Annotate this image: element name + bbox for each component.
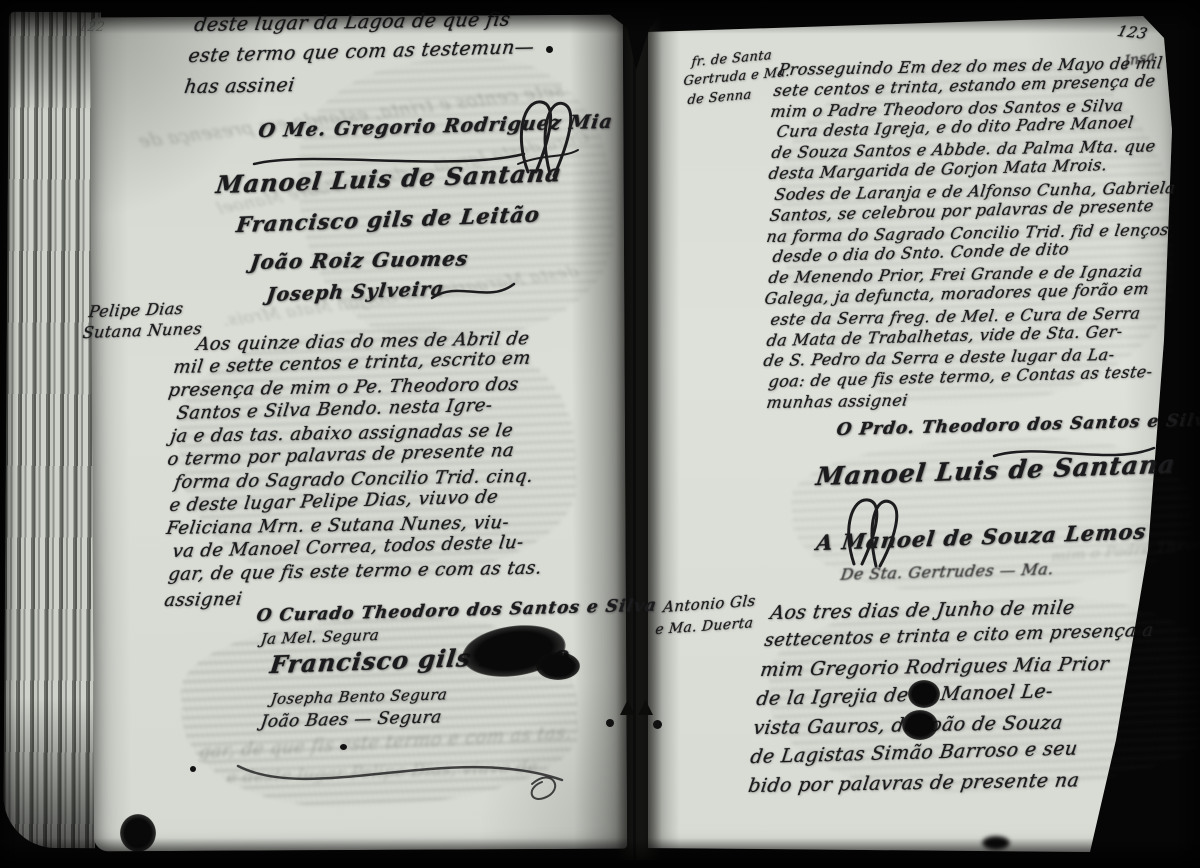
manuscript-line: munhas assignei: [765, 391, 909, 413]
manuscript-line: has assinei: [183, 74, 296, 98]
ink-blot: [908, 680, 940, 708]
ink-speck: [606, 719, 614, 727]
ink-speck: [340, 744, 347, 750]
ink-blot: [902, 710, 938, 740]
flourish-underline: [250, 146, 530, 172]
folio-number: 123: [1115, 22, 1149, 43]
flourish-underline: [990, 440, 1160, 466]
ink-speck: [190, 766, 196, 772]
book-gutter: [616, 8, 662, 860]
ink-speck: [653, 720, 662, 729]
manuscript-photo: sete centos e trinta, estando em presenç…: [0, 0, 1200, 868]
gutter-fold-line: [633, 8, 636, 860]
folio-number-faint: 122: [78, 20, 106, 35]
margin-note-line: Pelipe Dias: [88, 299, 185, 321]
ink-blot: [536, 652, 580, 680]
signature: João Roiz Guomes: [249, 246, 470, 274]
flourish-monogram: [828, 492, 912, 568]
ink-blot: [120, 814, 156, 852]
ink-speck: [546, 46, 553, 53]
flourish-swash: [232, 736, 576, 808]
book-page-edges: [3, 12, 101, 849]
flourish-underline: [428, 278, 520, 306]
manuscript-line: assignei: [163, 589, 244, 611]
ink-smudge: [982, 836, 1010, 850]
